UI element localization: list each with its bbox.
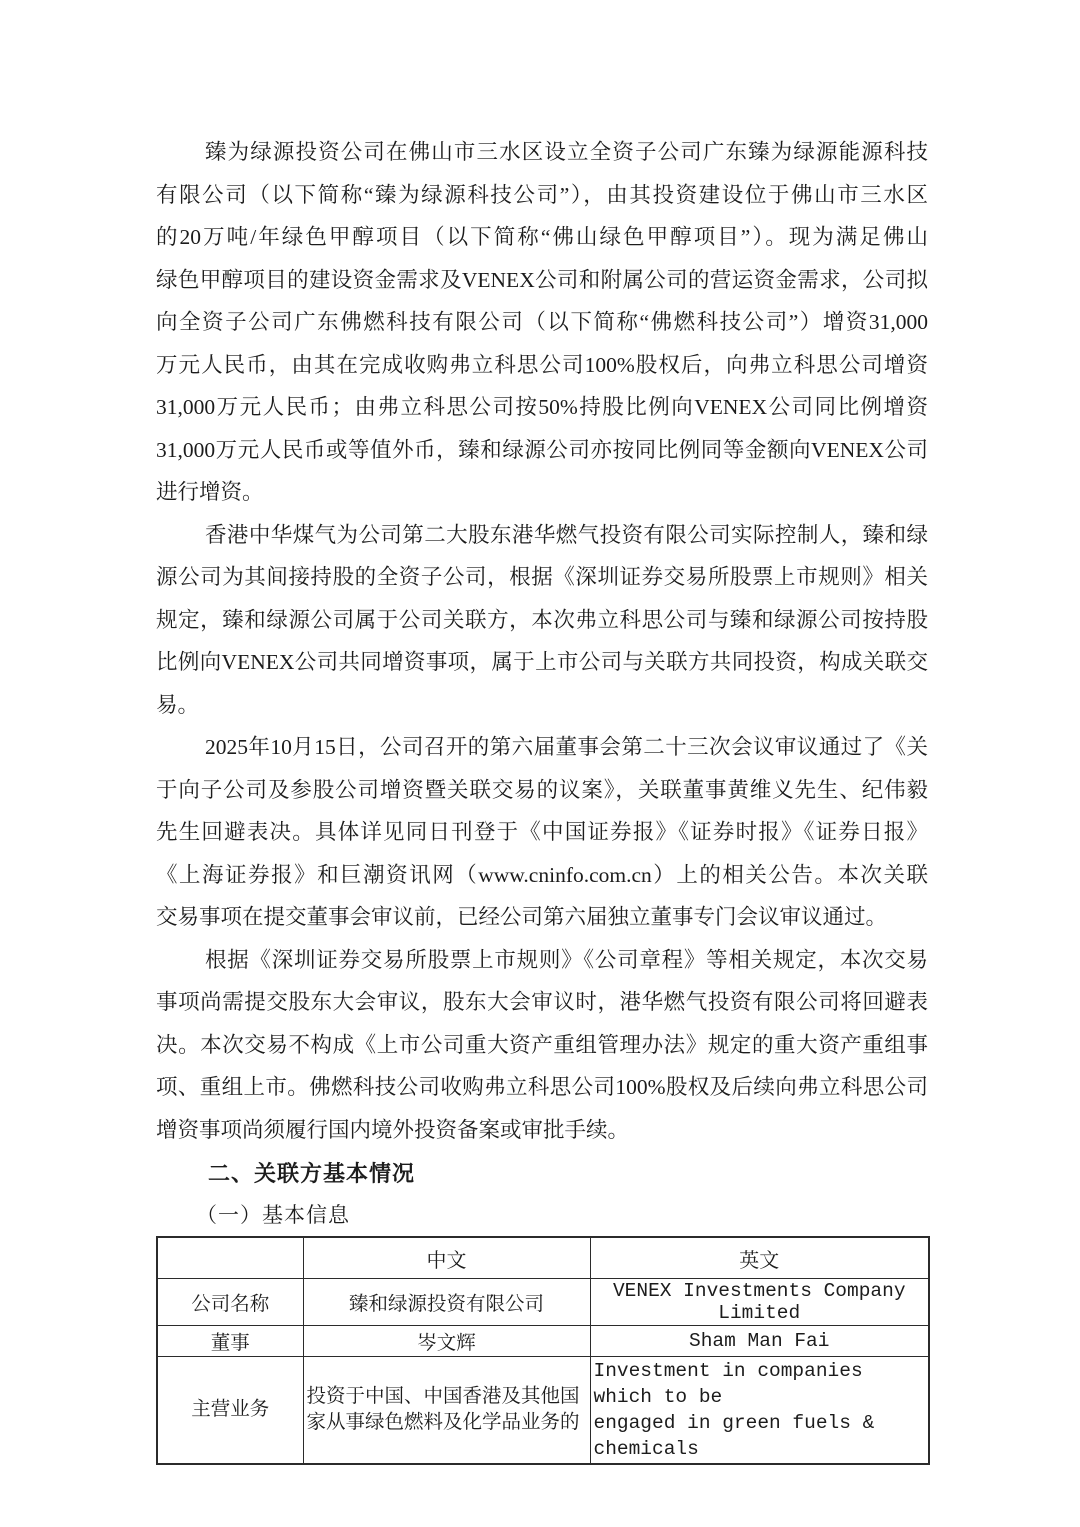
text-line: 香港中华煤气为公司第二大股东港华燃气投资有限公司实际控制人，臻和绿 <box>156 514 928 557</box>
text-line: 向全资子公司广东佛燃科技有限公司（以下简称“佛燃科技公司”）增资31,000 <box>156 301 928 344</box>
text-line: 万元人民币，由其在完成收购弗立科思公司100%股权后，向弗立科思公司增资 <box>156 344 928 387</box>
cell-director-en: Sham Man Fai <box>590 1326 929 1357</box>
cell-main-business-zh: 投资于中国、中国香港及其他国 家从事绿色燃料及化学品业务的 <box>303 1357 590 1465</box>
cell-main-business-en: Investment in companies which to be enga… <box>590 1357 929 1465</box>
row-label-director: 董事 <box>157 1326 303 1357</box>
body-paragraph: 香港中华煤气为公司第二大股东港华燃气投资有限公司实际控制人，臻和绿源公司为其间接… <box>156 514 928 727</box>
document-page: 臻为绿源投资公司在佛山市三水区设立全资子公司广东臻为绿源能源科技有限公司（以下简… <box>0 0 1080 1527</box>
text-line: 有限公司（以下简称“臻为绿源科技公司”），由其投资建设位于佛山市三水区 <box>156 174 928 217</box>
text-line: 臻为绿源投资公司在佛山市三水区设立全资子公司广东臻为绿源能源科技 <box>156 131 928 174</box>
body-paragraphs: 臻为绿源投资公司在佛山市三水区设立全资子公司广东臻为绿源能源科技有限公司（以下简… <box>156 131 928 1151</box>
text-line: 于向子公司及参股公司增资暨关联交易的议案》，关联董事黄维义先生、纪伟毅 <box>156 769 928 812</box>
text-line: 先生回避表决。具体详见同日刊登于《中国证券报》《证券时报》《证券日报》 <box>156 811 928 854</box>
text-line: 的20万吨/年绿色甲醇项目（以下简称“佛山绿色甲醇项目”）。现为满足佛山 <box>156 216 928 259</box>
table-row-director: 董事 岑文辉 Sham Man Fai <box>157 1326 929 1357</box>
cell-company-name-en: VENEX Investments Company Limited <box>590 1279 929 1326</box>
section-heading: 二、关联方基本情况 <box>156 1153 928 1195</box>
text-line: 易。 <box>156 684 928 727</box>
text-line: 进行增资。 <box>156 471 928 514</box>
row-label-company-name: 公司名称 <box>157 1279 303 1326</box>
text-line: 项、重组上市。佛燃科技公司收购弗立科思公司100%股权及后续向弗立科思公司 <box>156 1066 928 1109</box>
text-line: 《上海证券报》和巨潮资讯网（www.cninfo.com.cn）上的相关公告。本… <box>156 854 928 897</box>
basic-info-table: 中文 英文 公司名称 臻和绿源投资有限公司 VENEX Investments … <box>156 1236 930 1465</box>
table-row-main-business: 主营业务 投资于中国、中国香港及其他国 家从事绿色燃料及化学品业务的 Inves… <box>157 1357 929 1465</box>
text-line: 交易事项在提交董事会审议前，已经公司第六届独立董事专门会议审议通过。 <box>156 896 928 939</box>
text-line: 31,000万元人民币或等值外币，臻和绿源公司亦按同比例同等金额向VENEX公司 <box>156 429 928 472</box>
text-line: 规定，臻和绿源公司属于公司关联方，本次弗立科思公司与臻和绿源公司按持股 <box>156 599 928 642</box>
text-line: 决。本次交易不构成《上市公司重大资产重组管理办法》规定的重大资产重组事 <box>156 1024 928 1067</box>
table-header-chinese: 中文 <box>303 1237 590 1279</box>
body-paragraph: 根据《深圳证券交易所股票上市规则》《公司章程》等相关规定，本次交易事项尚需提交股… <box>156 939 928 1152</box>
text-line: 根据《深圳证券交易所股票上市规则》《公司章程》等相关规定，本次交易 <box>156 939 928 982</box>
page-content: 臻为绿源投资公司在佛山市三水区设立全资子公司广东臻为绿源能源科技有限公司（以下简… <box>156 131 928 1465</box>
table-header-english: 英文 <box>590 1237 929 1279</box>
body-paragraph: 2025年10月15日，公司召开的第六届董事会第二十三次会议审议通过了《关于向子… <box>156 726 928 939</box>
text-line: 源公司为其间接持股的全资子公司，根据《深圳证券交易所股票上市规则》相关 <box>156 556 928 599</box>
table-header-row: 中文 英文 <box>157 1237 929 1279</box>
text-line: 31,000万元人民币；由弗立科思公司按50%持股比例向VENEX公司同比例增资 <box>156 386 928 429</box>
text-line: 增资事项尚须履行国内境外投资备案或审批手续。 <box>156 1109 928 1152</box>
cell-company-name-zh: 臻和绿源投资有限公司 <box>303 1279 590 1326</box>
body-paragraph: 臻为绿源投资公司在佛山市三水区设立全资子公司广东臻为绿源能源科技有限公司（以下简… <box>156 131 928 514</box>
text-line: 2025年10月15日，公司召开的第六届董事会第二十三次会议审议通过了《关 <box>156 726 928 769</box>
subsection-heading: （一）基本信息 <box>156 1195 928 1235</box>
table-row-company-name: 公司名称 臻和绿源投资有限公司 VENEX Investments Compan… <box>157 1279 929 1326</box>
text-line: 比例向VENEX公司共同增资事项，属于上市公司与关联方共同投资，构成关联交 <box>156 641 928 684</box>
row-label-main-business: 主营业务 <box>157 1357 303 1465</box>
text-line: 事项尚需提交股东大会审议，股东大会审议时，港华燃气投资有限公司将回避表 <box>156 981 928 1024</box>
table-header-blank <box>157 1237 303 1279</box>
cell-director-zh: 岑文辉 <box>303 1326 590 1357</box>
text-line: 绿色甲醇项目的建设资金需求及VENEX公司和附属公司的营运资金需求，公司拟 <box>156 259 928 302</box>
